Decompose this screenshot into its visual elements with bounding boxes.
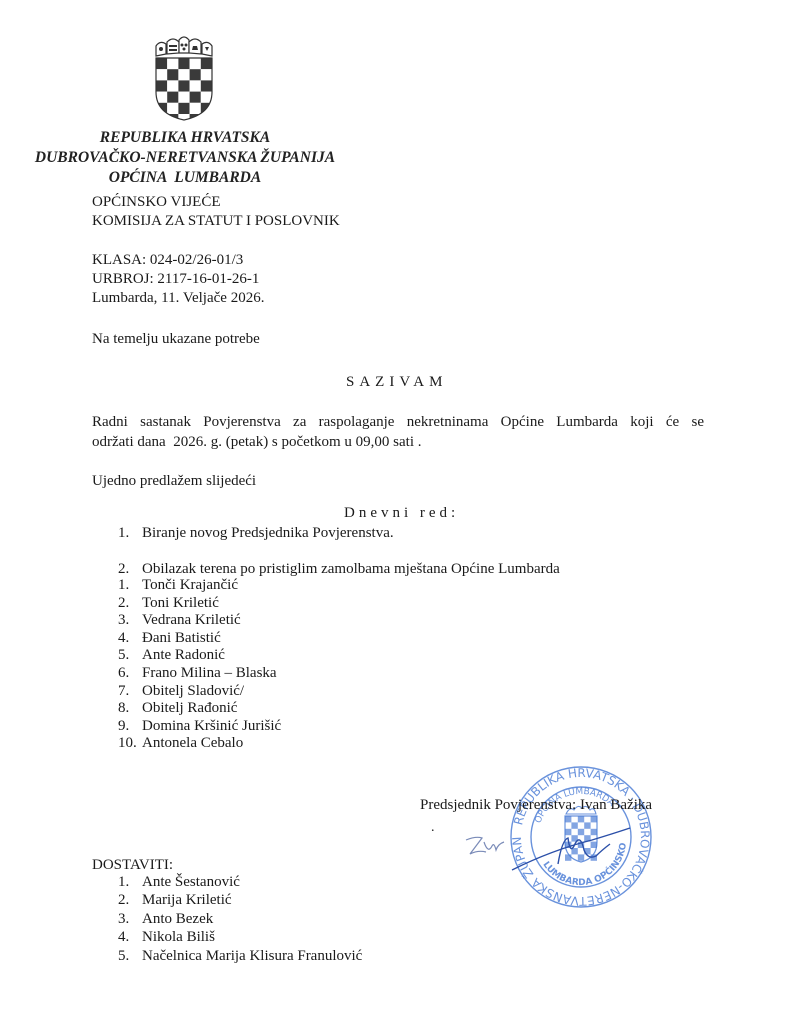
- agenda-sub-item-text: Obitelj Sladović/: [142, 683, 244, 699]
- agenda-sub-item-number: 8.: [118, 699, 142, 717]
- signature-label: Predsjednik Povjerenstva: Ivan Bažika: [420, 797, 652, 814]
- agenda-sub-item: 8.Obitelj Rađonić: [118, 699, 237, 717]
- agenda-sub-item-text: Toni Kriletić: [142, 595, 219, 611]
- agenda-sub-item-text: Tonči Krajančić: [142, 577, 238, 593]
- proposal-text: Ujedno predlažem slijedeći: [92, 472, 256, 491]
- agenda-sub-item-number: 2.: [118, 594, 142, 612]
- agenda-sub-item: 10.Antonela Cebalo: [118, 734, 243, 752]
- distribution-item: 5.Načelnica Marija Klisura Franulović: [118, 947, 362, 965]
- distribution-item: 3.Anto Bezek: [118, 910, 213, 928]
- distribution-item: 4.Nikola Biliš: [118, 928, 215, 946]
- agenda-sub-item-number: 9.: [118, 717, 142, 735]
- agenda-sub-item-text: Antonela Cebalo: [142, 735, 243, 751]
- issuer-commission: KOMISIJA ZA STATUT I POSLOVNIK: [92, 212, 340, 231]
- agenda-sub-item-number: 3.: [118, 611, 142, 629]
- klasa-reference: KLASA: 024-02/26-01/3: [92, 251, 243, 270]
- agenda-item: 1.Biranje novog Predsjednika Povjerenstv…: [118, 524, 394, 542]
- agenda-sub-item: 2.Toni Kriletić: [118, 594, 219, 612]
- distribution-item-text: Načelnica Marija Klisura Franulović: [142, 948, 362, 964]
- distribution-item-text: Nikola Biliš: [142, 929, 215, 945]
- agenda-sub-item-text: Vedrana Kriletić: [142, 612, 241, 628]
- distribution-item: 1.Ante Šestanović: [118, 873, 240, 891]
- header-line-county: DUBROVAČKO-NERETVANSKA ŽUPANIJA: [0, 148, 370, 168]
- agenda-sub-item-text: Đani Batistić: [142, 630, 221, 646]
- agenda-sub-item-text: Ante Radonić: [142, 647, 225, 663]
- distribution-item-text: Marija Kriletić: [142, 892, 232, 908]
- distribution-item-number: 2.: [118, 891, 142, 909]
- distribution-item-number: 3.: [118, 910, 142, 928]
- agenda-sub-item-number: 7.: [118, 682, 142, 700]
- agenda-heading: Dnevni red:: [344, 505, 459, 522]
- agenda-sub-item-number: 1.: [118, 576, 142, 594]
- agenda-sub-item-text: Frano Milina – Blaska: [142, 665, 277, 681]
- agenda-sub-item-text: Obitelj Rađonić: [142, 700, 237, 716]
- document-title: SAZIVAM: [346, 374, 447, 391]
- agenda-sub-item-number: 5.: [118, 646, 142, 664]
- agenda-sub-item: 5.Ante Radonić: [118, 646, 225, 664]
- header-line-municipality: OPĆINA LUMBARDA: [0, 168, 370, 188]
- agenda-sub-item: 9.Domina Kršinić Jurišić: [118, 717, 281, 735]
- signature-dot: .: [431, 820, 435, 836]
- agenda-sub-item-number: 6.: [118, 664, 142, 682]
- distribution-item-text: Ante Šestanović: [142, 874, 240, 890]
- urbroj-reference: URBROJ: 2117-16-01-26-1: [92, 270, 259, 289]
- agenda-sub-item: 6.Frano Milina – Blaska: [118, 664, 277, 682]
- distribution-item-number: 1.: [118, 873, 142, 891]
- agenda-item-number: 1.: [118, 524, 142, 542]
- agenda-item-text: Obilazak terena po pristiglim zamolbama …: [142, 561, 560, 577]
- agenda-sub-item-text: Domina Kršinić Jurišić: [142, 718, 281, 734]
- croatian-coat-of-arms-icon: [152, 34, 216, 122]
- issuer-header: REPUBLIKA HRVATSKA DUBROVAČKO-NERETVANSK…: [0, 128, 370, 188]
- agenda-sub-item: 1.Tonči Krajančić: [118, 576, 238, 594]
- agenda-sub-item-number: 10.: [118, 734, 142, 752]
- agenda-sub-item-number: 4.: [118, 629, 142, 647]
- header-line-republic: REPUBLIKA HRVATSKA: [0, 128, 370, 148]
- body-paragraph-line2: održati dana 2026. g. (petak) s početkom…: [92, 433, 422, 452]
- intro-text: Na temelju ukazane potrebe: [92, 330, 260, 349]
- distribution-item-text: Anto Bezek: [142, 911, 213, 927]
- body-paragraph-line1: Radni sastanak Povjerenstva za raspolaga…: [92, 413, 704, 432]
- agenda-sub-item: 7.Obitelj Sladović/: [118, 682, 244, 700]
- agenda-sub-item: 3.Vedrana Kriletić: [118, 611, 241, 629]
- issuer-body: OPĆINSKO VIJEĆE: [92, 193, 221, 212]
- agenda-sub-item: 4.Đani Batistić: [118, 629, 221, 647]
- handwritten-signature: [462, 820, 662, 880]
- distribution-item: 2.Marija Kriletić: [118, 891, 232, 909]
- distribution-item-number: 5.: [118, 947, 142, 965]
- place-date: Lumbarda, 11. Veljače 2026.: [92, 289, 264, 308]
- agenda-item-text: Biranje novog Predsjednika Povjerenstva.: [142, 525, 394, 541]
- distribution-item-number: 4.: [118, 928, 142, 946]
